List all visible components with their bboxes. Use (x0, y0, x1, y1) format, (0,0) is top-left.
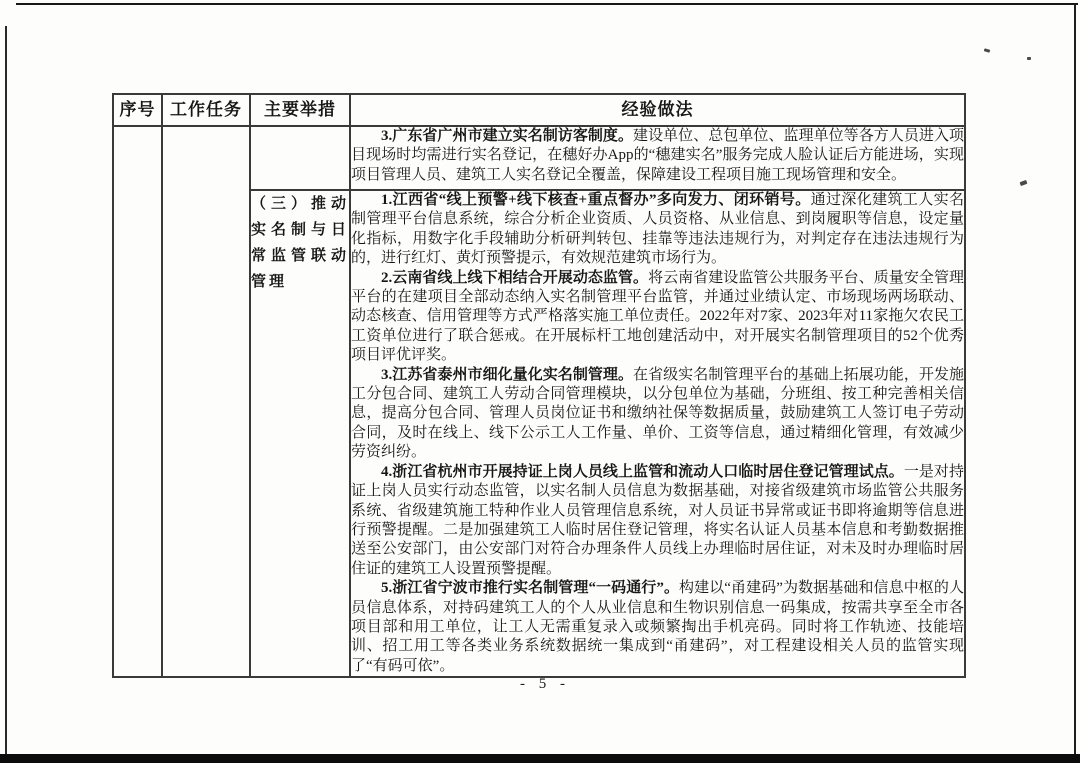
work-task-cell-empty (162, 126, 250, 677)
practice-paragraph-hangzhou: 4.浙江省杭州市开展持证上岗人员线上监管和流动人口临时居住登记管理试点。一是对持… (351, 463, 964, 579)
practice-lead: 5.浙江省宁波市推行实名制管理“一码通行”。 (381, 580, 679, 596)
page-border-bottom (0, 754, 1080, 763)
header-serial-number: 序号 (113, 94, 162, 126)
practice-paragraph: 3.广东省广州市建立实名制访客制度。建设单位、总包单位、监理单位等各方人员进入项… (351, 127, 964, 185)
experience-practices-table: 序号 工作任务 主要举措 经验做法 3.广东省广州市建立实名制访客制度。建设单位… (112, 93, 966, 678)
scan-speck (1020, 180, 1028, 186)
practice-paragraph-yunnan: 2.云南省线上线下相结合开展动态监管。将云南省建设监管公共服务平台、质量安全管理… (351, 269, 964, 366)
page-border-top (16, 3, 1078, 5)
header-work-task: 工作任务 (162, 94, 250, 126)
page-number: - 5 - (0, 676, 1080, 693)
practice-paragraph-taizhou: 3.江苏省泰州市细化量化实名制管理。在省级实名制管理平台的基础上拓展功能，开发施… (351, 366, 964, 463)
practice-cell-guangzhou: 3.广东省广州市建立实名制访客制度。建设单位、总包单位、监理单位等各方人员进入项… (350, 126, 965, 190)
practice-body: 一是对持证上岗人员实行动态监管，以实名制人员信息为数据基础，对接省级建筑市场监管… (351, 464, 964, 577)
measure-label: （三）推动实名制与日常监管联动管理 (251, 191, 349, 295)
table-row: 3.广东省广州市建立实名制访客制度。建设单位、总包单位、监理单位等各方人员进入项… (113, 126, 965, 190)
practice-lead: 3.广东省广州市建立实名制访客制度。 (381, 128, 633, 144)
scan-speck (1027, 57, 1031, 60)
practice-lead: 2.云南省线上线下相结合开展动态监管。 (381, 270, 648, 286)
practice-lead: 1.江西省“线上预警+线下核查+重点督办”多向发力、闭环销号。 (381, 192, 811, 208)
serial-number-cell-empty (113, 126, 162, 677)
practice-paragraph-ningbo: 5.浙江省宁波市推行实名制管理“一码通行”。构建以“甬建码”为数据基础和信息中枢… (351, 579, 964, 676)
scanned-document-page: 序号 工作任务 主要举措 经验做法 3.广东省广州市建立实名制访客制度。建设单位… (0, 0, 1080, 763)
table-header-row: 序号 工作任务 主要举措 经验做法 (113, 94, 965, 126)
practice-lead: 4.浙江省杭州市开展持证上岗人员线上监管和流动人口临时居住登记管理试点。 (381, 464, 904, 480)
scan-speck (984, 48, 991, 52)
practice-paragraph-jiangxi: 1.江西省“线上预警+线下核查+重点督办”多向发力、闭环销号。通过深化建筑工人实… (351, 191, 964, 269)
header-main-measures: 主要举措 (250, 94, 350, 126)
practice-cell-multi: 1.江西省“线上预警+线下核查+重点督办”多向发力、闭环销号。通过深化建筑工人实… (350, 190, 965, 677)
practice-lead: 3.江苏省泰州市细化量化实名制管理。 (381, 367, 633, 383)
page-border-left (5, 26, 7, 758)
page-border-right (1074, 4, 1076, 756)
header-experience-practices: 经验做法 (350, 94, 965, 126)
main-measure-cell-empty (250, 126, 350, 190)
main-measure-cell: （三）推动实名制与日常监管联动管理 (250, 190, 350, 677)
